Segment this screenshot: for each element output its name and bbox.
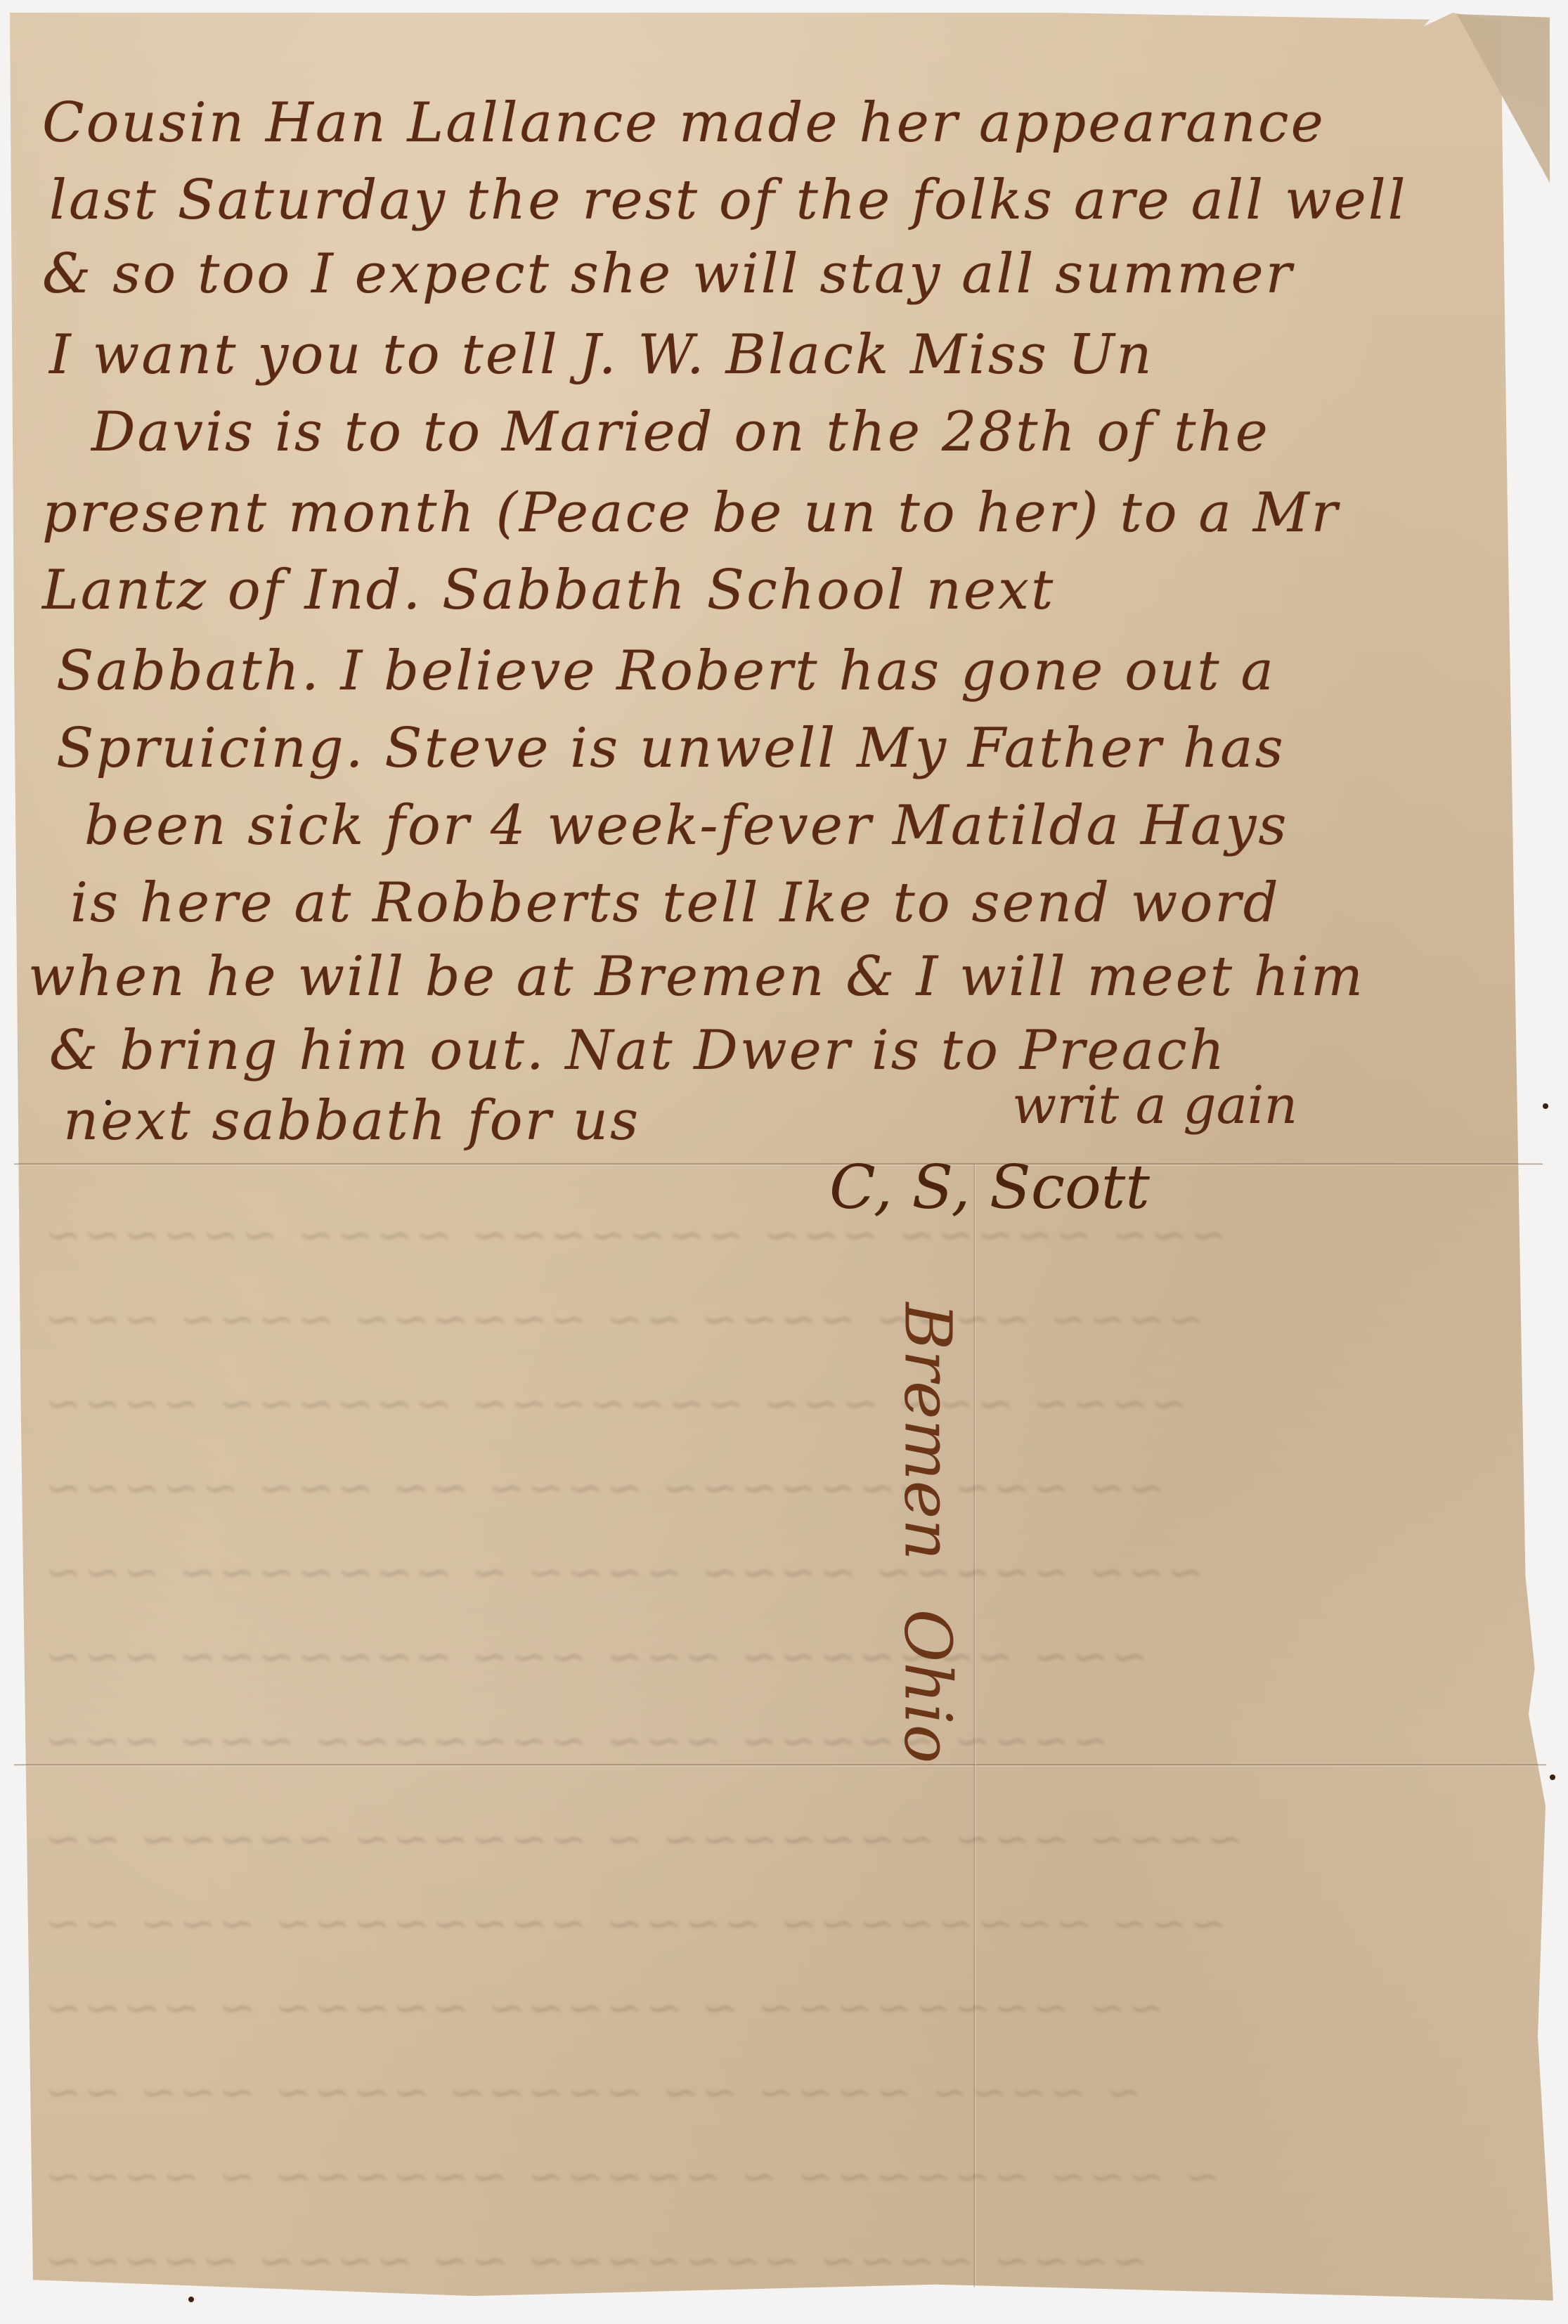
fold-crease-upper	[14, 1163, 1543, 1166]
ink-speck	[1543, 1103, 1548, 1109]
letter-line: when he will be at Bremen & I will meet …	[28, 945, 1365, 1008]
letter-line: been sick for 4 week-fever Matilda Hays	[84, 794, 1288, 857]
address-state: Ohio	[890, 1609, 966, 1764]
ink-speck	[1550, 1774, 1555, 1780]
address-rotated: Bremen Ohio	[890, 1289, 966, 1739]
ink-speck	[188, 2297, 194, 2302]
letter-line: last Saturday the rest of the folks are …	[49, 169, 1408, 232]
letter-line: Cousin Han Lallance made her appearance	[42, 91, 1326, 155]
letter-line: & so too I expect she will stay all summ…	[42, 242, 1294, 306]
address-city: Bremen	[890, 1303, 966, 1561]
closing: writ a gain	[1012, 1075, 1297, 1136]
letter-line: Spruicing. Steve is unwell My Father has	[56, 717, 1285, 780]
letter-line: I want you to tell J. W. Black Miss Un	[49, 323, 1154, 387]
letter-line: Sabbath. I believe Robert has gone out a	[56, 640, 1276, 703]
letter-line: next sabbath for us	[63, 1089, 640, 1153]
ink-speck	[105, 1100, 111, 1105]
letter-line: is here at Robberts tell Ike to send wor…	[70, 871, 1281, 935]
letter-line: & bring him out. Nat Dwer is to Preach	[49, 1019, 1226, 1082]
signature: C, S, Scott	[829, 1153, 1150, 1223]
letter-line: present month (Peace be un to her) to a …	[42, 481, 1340, 545]
letter-line: Davis is to to Maried on the 28th of the	[91, 401, 1270, 464]
letter-line: Lantz of Ind. Sabbath School next	[42, 559, 1055, 622]
